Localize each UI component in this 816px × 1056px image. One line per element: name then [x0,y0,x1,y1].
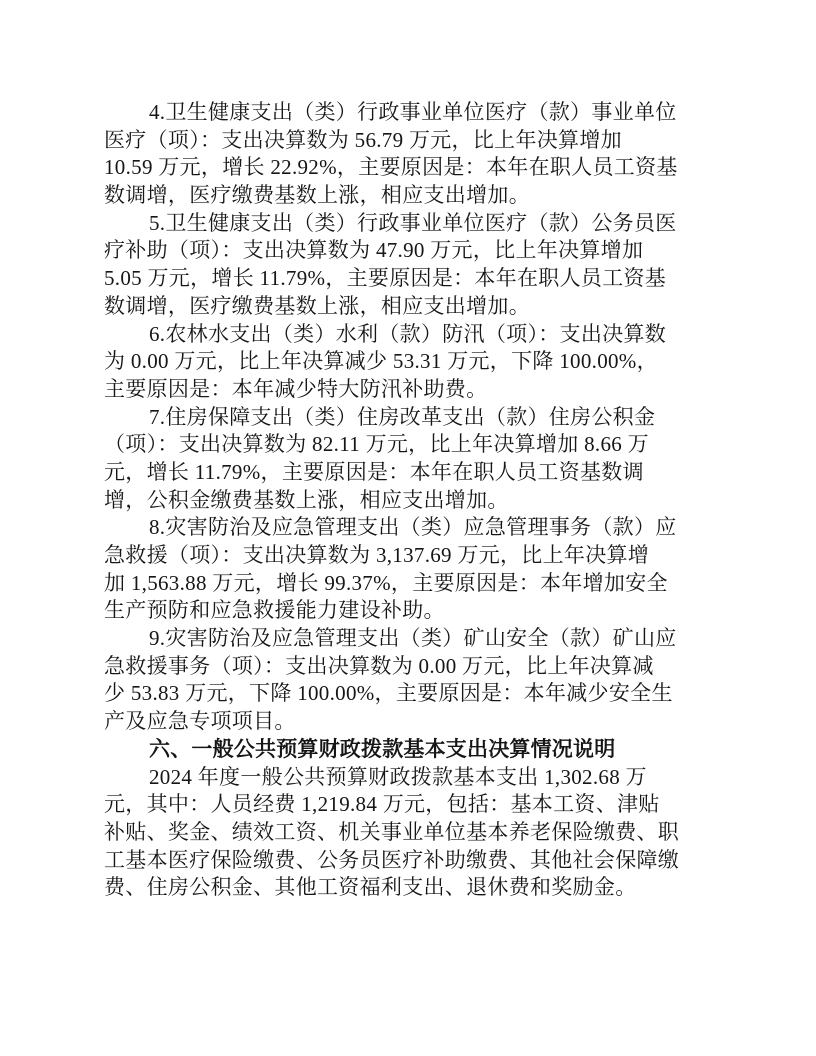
expense-item-9-mine-safety-emergency-rescue: 9.灾害防治及应急管理支出（类）矿山安全（款）矿山应急救援事务（项）：支出决算数… [104,625,710,736]
text-line: 产及应急专项项目。 [104,708,710,736]
expense-item-8-emergency-management-rescue: 8.灾害防治及应急管理支出（类）应急管理事务（款）应急救援（项）：支出决算数为 … [104,514,710,625]
text-line: 9.灾害防治及应急管理支出（类）矿山安全（款）矿山应 [104,625,710,653]
text-line: 5.05 万元，增长 11.79%，主要原因是：本年在职人员工资基 [104,265,710,293]
text-line: 8.灾害防治及应急管理支出（类）应急管理事务（款）应 [104,514,710,542]
text-line: 数调增，医疗缴费基数上涨，相应支出增加。 [104,182,710,210]
text-line: 医疗（项）：支出决算数为 56.79 万元，比上年决算增加 [104,127,710,155]
text-line: 数调增，医疗缴费基数上涨，相应支出增加。 [104,293,710,321]
text-line: 元，增长 11.79%，主要原因是：本年在职人员工资基数调 [104,459,710,487]
text-line: 加 1,563.88 万元，增长 99.37%，主要原因是：本年增加安全 [104,570,710,598]
text-line: 生产预防和应急救援能力建设补助。 [104,597,710,625]
text-line: 补贴、奖金、绩效工资、机关事业单位基本养老保险缴费、职 [104,819,710,847]
section-heading-6-basic-expenditure-statement: 六、一般公共预算财政拨款基本支出决算情况说明 [104,736,710,764]
text-line: 费、住房公积金、其他工资福利支出、退休费和奖励金。 [104,874,710,902]
text-line: 工基本医疗保险缴费、公务员医疗补助缴费、其他社会保障缴 [104,847,710,875]
text-line: 急救援（项）：支出决算数为 3,137.69 万元，比上年决算增 [104,542,710,570]
basic-expenditure-2024-paragraph: 2024 年度一般公共预算财政拨款基本支出 1,302.68 万元，其中：人员经… [104,764,710,902]
section-heading-line: 六、一般公共预算财政拨款基本支出决算情况说明 [104,736,710,764]
text-line: 4.卫生健康支出（类）行政事业单位医疗（款）事业单位 [104,99,710,127]
text-line: 疗补助（项）：支出决算数为 47.90 万元，比上年决算增加 [104,237,710,265]
text-line: 2024 年度一般公共预算财政拨款基本支出 1,302.68 万 [104,764,710,792]
text-line: 6.农林水支出（类）水利（款）防汛（项）：支出决算数 [104,321,710,349]
document-body: 4.卫生健康支出（类）行政事业单位医疗（款）事业单位医疗（项）：支出决算数为 5… [104,99,710,902]
text-line: （项）：支出决算数为 82.11 万元，比上年决算增加 8.66 万 [104,431,710,459]
text-line: 为 0.00 万元，比上年决算减少 53.31 万元，下降 100.00%， [104,348,710,376]
text-line: 急救援事务（项）：支出决算数为 0.00 万元，比上年决算减 [104,653,710,681]
text-line: 10.59 万元，增长 22.92%，主要原因是：本年在职人员工资基 [104,154,710,182]
text-line: 元，其中：人员经费 1,219.84 万元，包括：基本工资、津贴 [104,791,710,819]
expense-item-4-health-public-institution-medical: 4.卫生健康支出（类）行政事业单位医疗（款）事业单位医疗（项）：支出决算数为 5… [104,99,710,210]
expense-item-5-health-civil-servant-medical-subsidy: 5.卫生健康支出（类）行政事业单位医疗（款）公务员医疗补助（项）：支出决算数为 … [104,210,710,321]
text-line: 增，公积金缴费基数上涨，相应支出增加。 [104,487,710,515]
text-line: 7.住房保障支出（类）住房改革支出（款）住房公积金 [104,404,710,432]
text-line: 少 53.83 万元，下降 100.00%，主要原因是：本年减少安全生 [104,680,710,708]
expense-item-7-housing-provident-fund: 7.住房保障支出（类）住房改革支出（款）住房公积金（项）：支出决算数为 82.1… [104,404,710,515]
text-line: 主要原因是：本年减少特大防汛补助费。 [104,376,710,404]
text-line: 5.卫生健康支出（类）行政事业单位医疗（款）公务员医 [104,210,710,238]
expense-item-6-agriculture-water-flood-control: 6.农林水支出（类）水利（款）防汛（项）：支出决算数为 0.00 万元，比上年决… [104,321,710,404]
document-page: 4.卫生健康支出（类）行政事业单位医疗（款）事业单位医疗（项）：支出决算数为 5… [0,0,816,1056]
